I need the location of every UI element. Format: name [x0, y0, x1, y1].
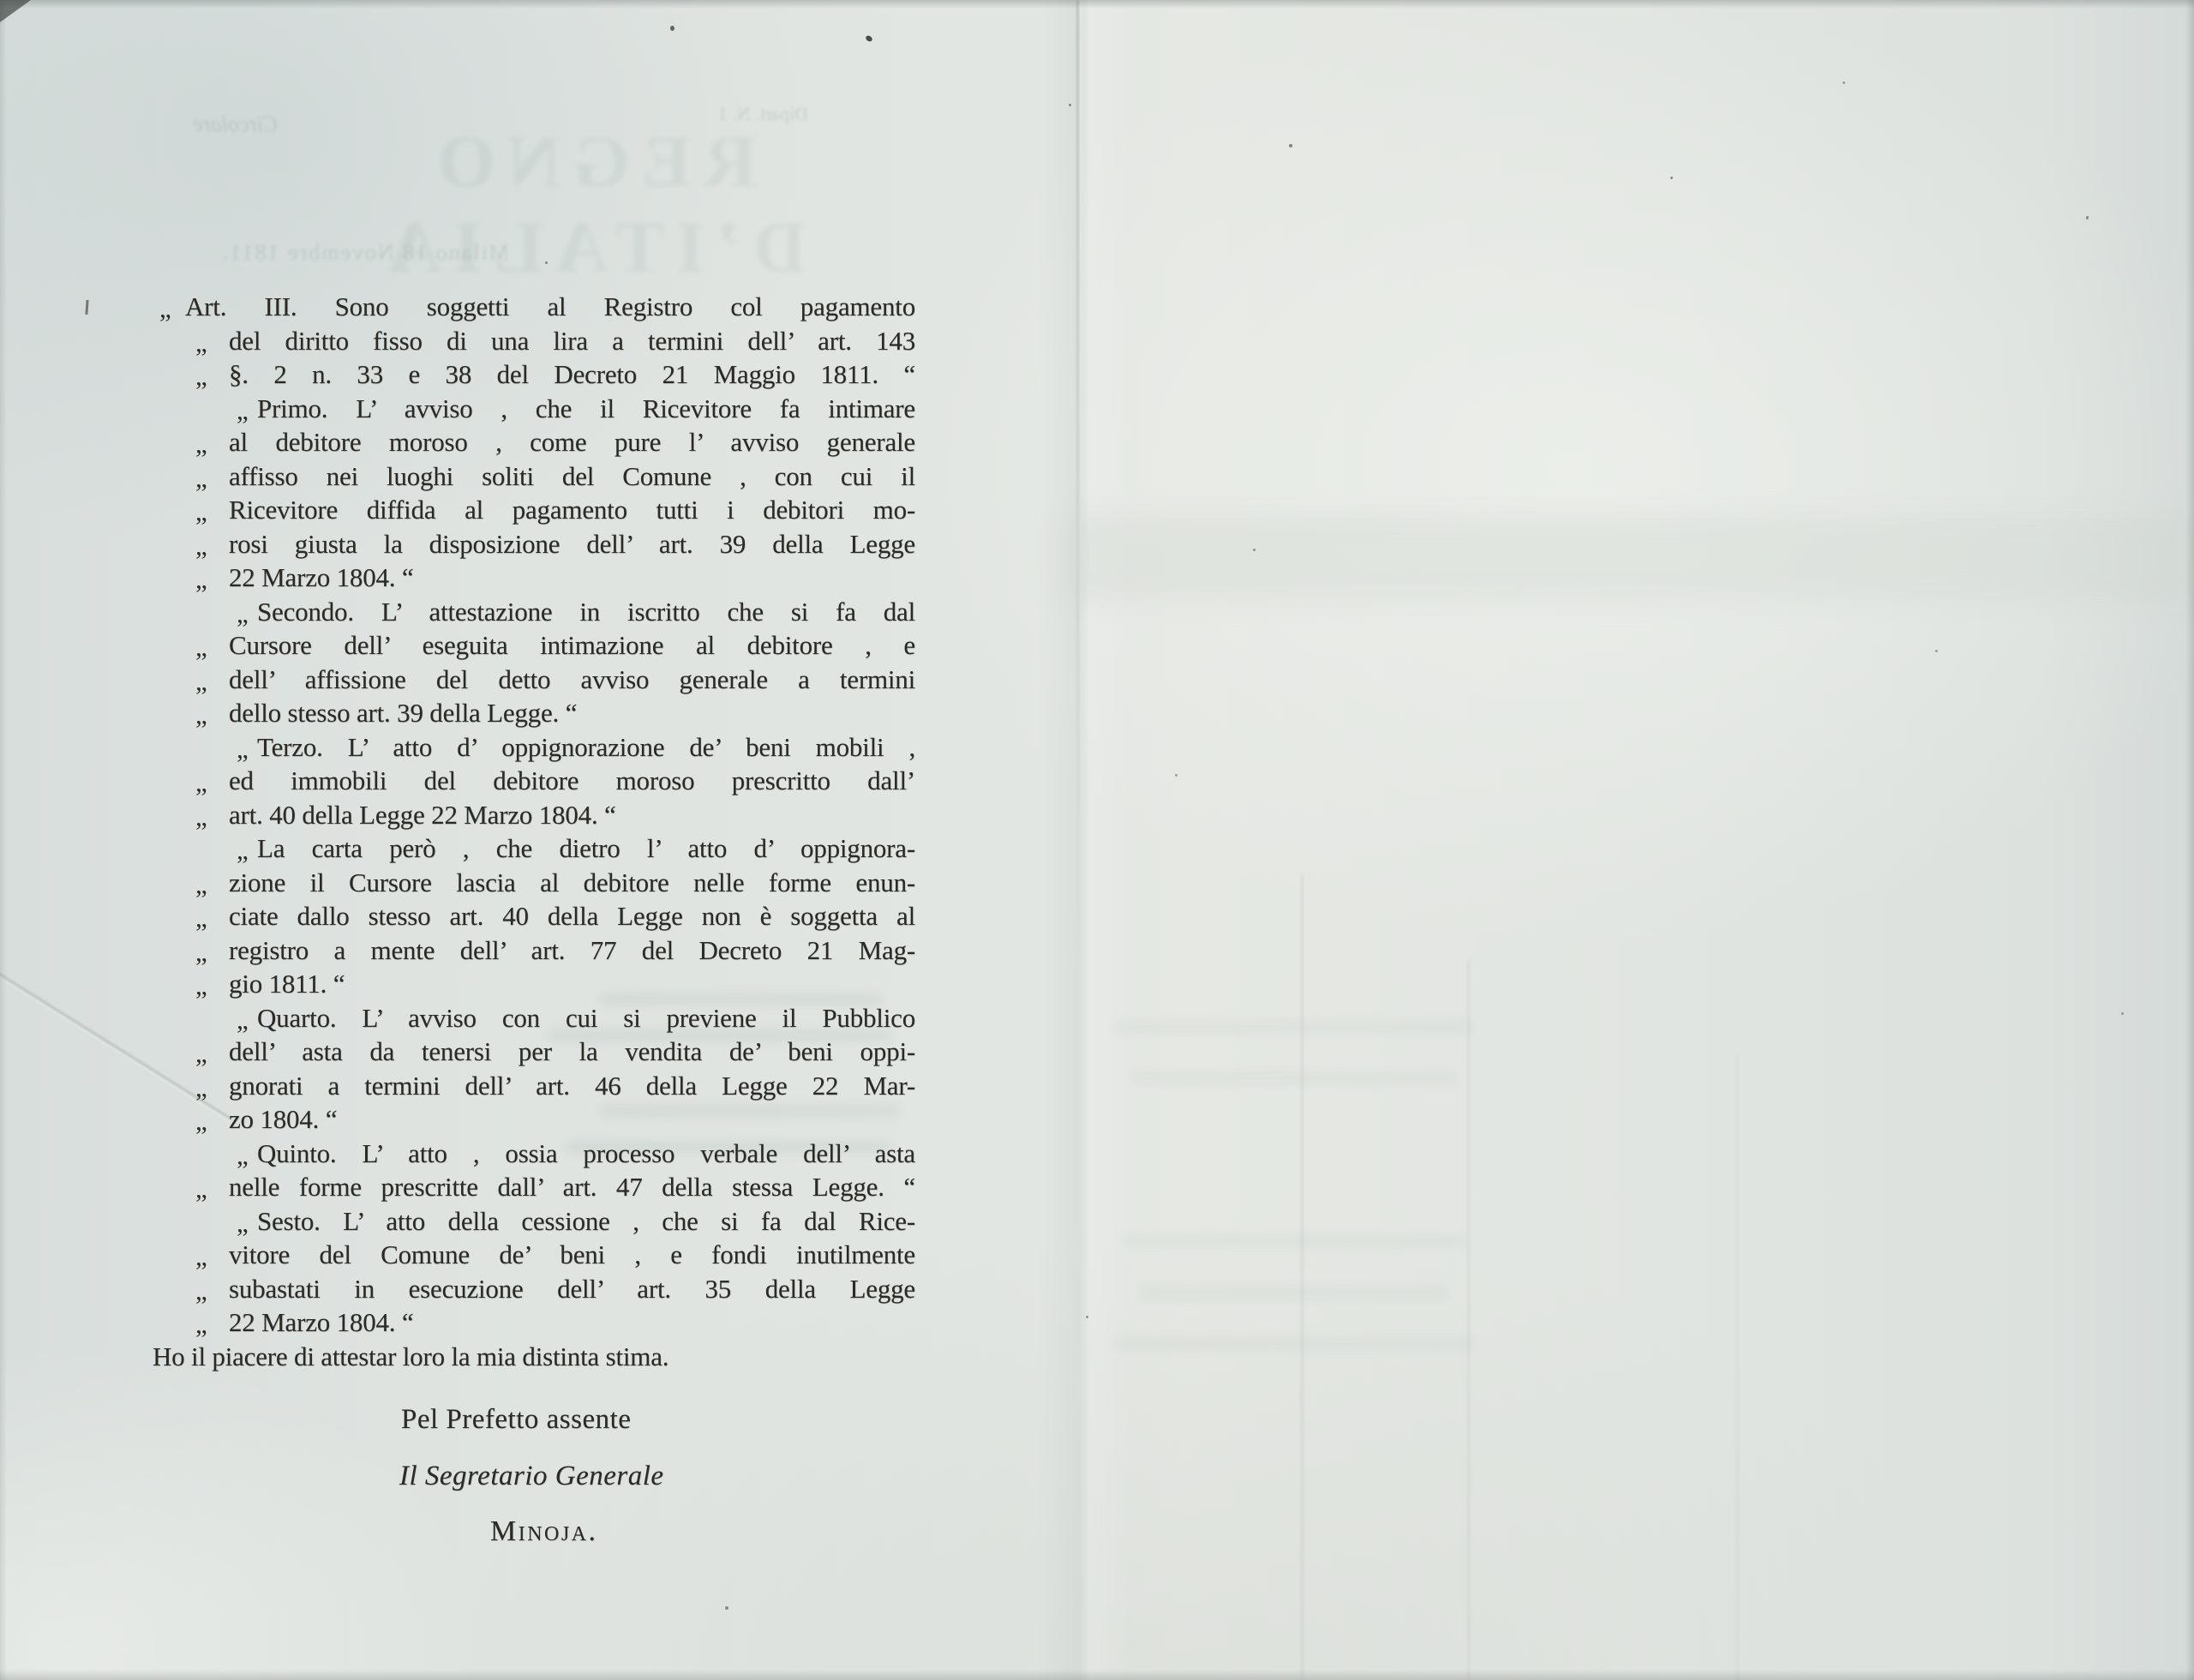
open-quote-mark: „: [195, 1173, 207, 1204]
open-quote-mark: „: [195, 632, 207, 663]
showthrough-band: [1131, 1071, 1457, 1085]
line-text: ciate dallo stesso art. 40 della Legge n…: [229, 899, 915, 933]
open-quote-mark: „: [195, 327, 207, 358]
line-text: Art. III. Sono soggetti al Registro col …: [185, 290, 915, 324]
ink-speck: [1175, 774, 1178, 777]
line-text: 22 Marzo 1804. “: [229, 561, 915, 595]
open-quote-mark: „: [195, 801, 207, 832]
ink-speck: [725, 1606, 728, 1610]
line-text: Ho il piacere di attestar loro la mia di…: [153, 1340, 915, 1374]
open-quote-mark: „: [195, 1072, 207, 1103]
ink-speck: [865, 34, 873, 43]
line-text: zo 1804. “: [229, 1102, 915, 1137]
text-line: „ ed immobili del debitore moroso prescr…: [153, 764, 915, 798]
open-quote-mark: „: [195, 1275, 207, 1306]
text-line: „ nelle forme prescritte dall’ art. 47 d…: [153, 1170, 915, 1204]
line-text: rosi giusta la disposizione dell’ art. 3…: [229, 527, 915, 561]
showthrough-band: [1140, 1286, 1448, 1299]
text-line: „ dell’ affissione del detto avviso gene…: [153, 663, 915, 697]
open-quote-mark: „: [237, 1005, 249, 1035]
text-line: „ Terzo. L’ atto d’ oppignorazione de’ b…: [153, 730, 915, 765]
text-line: „ Quinto. L’ atto , ossia processo verba…: [153, 1137, 915, 1171]
scanned-document-page: Circolare Dipart. N. 1 REGNO D’ITALIA Mi…: [0, 0, 2194, 1680]
ink-speck: [2121, 1012, 2124, 1015]
open-quote-mark: „: [237, 1140, 249, 1171]
text-line: „ gnorati a termini dell’ art. 46 della …: [153, 1069, 915, 1103]
open-quote-mark: „: [195, 970, 207, 1001]
line-text: Ricevitore diffida al pagamento tutti i …: [229, 493, 915, 527]
open-quote-mark: „: [195, 767, 207, 798]
line-text: art. 40 della Legge 22 Marzo 1804. “: [229, 798, 915, 832]
line-text: Secondo. L’ attestazione in iscritto che…: [257, 595, 915, 629]
paper-edge-right: [2185, 0, 2194, 1680]
center-fold-highlight: [1080, 0, 1082, 771]
text-line: „ 22 Marzo 1804. “: [153, 1305, 915, 1340]
line-text: zione il Cursore lascia al debitore nell…: [229, 866, 915, 900]
paper-tone-band: [1063, 514, 2194, 600]
ink-speck: [1086, 1316, 1088, 1318]
open-quote-mark: „: [195, 361, 207, 392]
ink-speck: [1843, 81, 1845, 84]
text-line: „ rosi giusta la disposizione dell’ art.…: [153, 527, 915, 561]
open-quote-mark: „: [159, 293, 171, 324]
text-line: „ zione il Cursore lascia al debitore ne…: [153, 866, 915, 900]
paper-crease-vertical: [1301, 874, 1304, 1680]
open-quote-mark: „: [237, 734, 249, 765]
text-line: „ Ricevitore diffida al pagamento tutti …: [153, 493, 915, 527]
open-quote-mark: „: [195, 666, 207, 697]
open-quote-mark: „: [195, 1309, 207, 1340]
line-text: vitore del Comune de’ beni , e fondi inu…: [229, 1238, 915, 1272]
main-text-block: „ Art. III. Sono soggetti al Registro co…: [153, 290, 915, 1373]
text-line: „ Sesto. L’ atto della cessione , che si…: [153, 1204, 915, 1239]
ink-speck: [1289, 144, 1292, 147]
text-line: „ 22 Marzo 1804. “: [153, 561, 915, 595]
open-quote-mark: „: [237, 395, 249, 426]
paper-edge-left: [0, 0, 7, 1680]
line-text: Primo. L’ avviso , che il Ricevitore fa …: [257, 392, 915, 426]
text-line: „ subastati in esecuzione dell’ art. 35 …: [153, 1272, 915, 1306]
text-line: „ La carta però , che dietro l’ atto d’ …: [153, 831, 915, 866]
open-quote-mark: „: [195, 531, 207, 561]
showthrough-band: [1123, 1234, 1466, 1248]
open-quote-mark: „: [237, 835, 249, 866]
text-line: „ §. 2 n. 33 e 38 del Decreto 21 Maggio …: [153, 357, 915, 392]
line-text: Sesto. L’ atto della cessione , che si f…: [257, 1204, 915, 1239]
text-line: „ al debitore moroso , come pure l’ avvi…: [153, 425, 915, 459]
line-text: Quarto. L’ avviso con cui si previene il…: [257, 1001, 915, 1035]
text-line: „ zo 1804. “: [153, 1102, 915, 1137]
open-quote-mark: „: [195, 937, 207, 968]
text-line: „ vitore del Comune de’ beni , e fondi i…: [153, 1238, 915, 1272]
line-text: 22 Marzo 1804. “: [229, 1305, 915, 1340]
signature-role-line: Pel Prefetto assente: [401, 1404, 631, 1436]
text-line: „ Primo. L’ avviso , che il Ricevitore f…: [153, 392, 915, 426]
ink-speck: [1670, 177, 1673, 179]
open-quote-mark: „: [195, 1038, 207, 1069]
ink-speck: [1253, 549, 1256, 551]
ink-stray-mark: [85, 300, 88, 315]
text-line: „ art. 40 della Legge 22 Marzo 1804. “: [153, 798, 915, 832]
ink-speck: [1935, 650, 1938, 652]
open-quote-mark: „: [237, 598, 249, 629]
line-text: nelle forme prescritte dall’ art. 47 del…: [229, 1170, 915, 1204]
text-line: „ affisso nei luoghi soliti del Comune ,…: [153, 459, 915, 494]
center-fold-shadow: [1037, 0, 1131, 1680]
ink-speck: [545, 261, 548, 264]
text-line: „ Quarto. L’ avviso con cui si previene …: [153, 1001, 915, 1035]
open-quote-mark: „: [237, 1208, 249, 1239]
paper-corner-shadow: [0, 0, 31, 22]
showthrough-circolare: Circolare: [193, 111, 278, 137]
showthrough-dipart: Dipart. N. 1: [718, 103, 808, 125]
text-line: „ Cursore dell’ eseguita intimazione al …: [153, 628, 915, 663]
line-text: Cursore dell’ eseguita intimazione al de…: [229, 628, 915, 663]
line-text: ed immobili del debitore moroso prescrit…: [229, 764, 915, 798]
ink-speck: [670, 26, 674, 31]
open-quote-mark: „: [195, 699, 207, 730]
line-text: dell’ affissione del detto avviso genera…: [229, 663, 915, 697]
open-quote-mark: „: [195, 903, 207, 933]
open-quote-mark: „: [195, 1241, 207, 1272]
open-quote-mark: „: [195, 869, 207, 900]
showthrough-band: [1114, 1020, 1474, 1034]
line-text: gio 1811. “: [229, 967, 915, 1001]
text-line: „ ciate dallo stesso art. 40 della Legge…: [153, 899, 915, 933]
text-line: „ dell’ asta da tenersi per la vendita d…: [153, 1035, 915, 1069]
showthrough-title: REGNO D’ITALIA: [257, 118, 926, 290]
ink-speck: [2086, 216, 2089, 219]
center-fold-crease: [1076, 0, 1079, 986]
line-text: affisso nei luoghi soliti del Comune , c…: [229, 459, 915, 494]
paper-crease-vertical: [1467, 960, 1470, 1680]
line-text: §. 2 n. 33 e 38 del Decreto 21 Maggio 18…: [229, 357, 915, 392]
open-quote-mark: „: [195, 429, 207, 459]
open-quote-mark: „: [195, 1106, 207, 1137]
line-text: dell’ asta da tenersi per la vendita de’…: [229, 1035, 915, 1069]
signature-title-line: Il Segretario Generale: [399, 1461, 664, 1492]
showthrough-band: [1114, 1337, 1474, 1351]
text-line: „ Art. III. Sono soggetti al Registro co…: [153, 290, 915, 324]
line-text: La carta però , che dietro l’ atto d’ op…: [257, 831, 915, 866]
paper-crease-vertical: [1736, 1054, 1739, 1680]
text-line: „ dello stesso art. 39 della Legge. “: [153, 696, 915, 730]
text-line: „ Secondo. L’ attestazione in iscritto c…: [153, 595, 915, 629]
showthrough-dateline: Milano 18 Novembre 1811.: [221, 240, 509, 266]
line-text: del diritto fisso di una lira a termini …: [229, 324, 915, 358]
line-text: subastati in esecuzione dell’ art. 35 de…: [229, 1272, 915, 1306]
signature-name: Minoja.: [490, 1515, 598, 1548]
open-quote-mark: „: [195, 564, 207, 595]
text-line: „ del diritto fisso di una lira a termin…: [153, 324, 915, 358]
open-quote-mark: „: [195, 463, 207, 494]
line-text: registro a mente dell’ art. 77 del Decre…: [229, 933, 915, 968]
line-text: al debitore moroso , come pure l’ avviso…: [229, 425, 915, 459]
line-text: Terzo. L’ atto d’ oppignorazione de’ ben…: [257, 730, 915, 765]
line-text: gnorati a termini dell’ art. 46 della Le…: [229, 1069, 915, 1103]
text-line: „ gio 1811. “: [153, 967, 915, 1001]
line-text: Quinto. L’ atto , ossia processo verbale…: [257, 1137, 915, 1171]
line-text: dello stesso art. 39 della Legge. “: [229, 696, 915, 730]
paper-edge-bottom: [0, 1670, 2194, 1680]
ink-speck: [1069, 104, 1071, 106]
open-quote-mark: „: [195, 496, 207, 527]
text-line: „ registro a mente dell’ art. 77 del Dec…: [153, 933, 915, 968]
paper-edge-top: [0, 0, 2194, 9]
text-line: Ho il piacere di attestar loro la mia di…: [153, 1340, 915, 1374]
